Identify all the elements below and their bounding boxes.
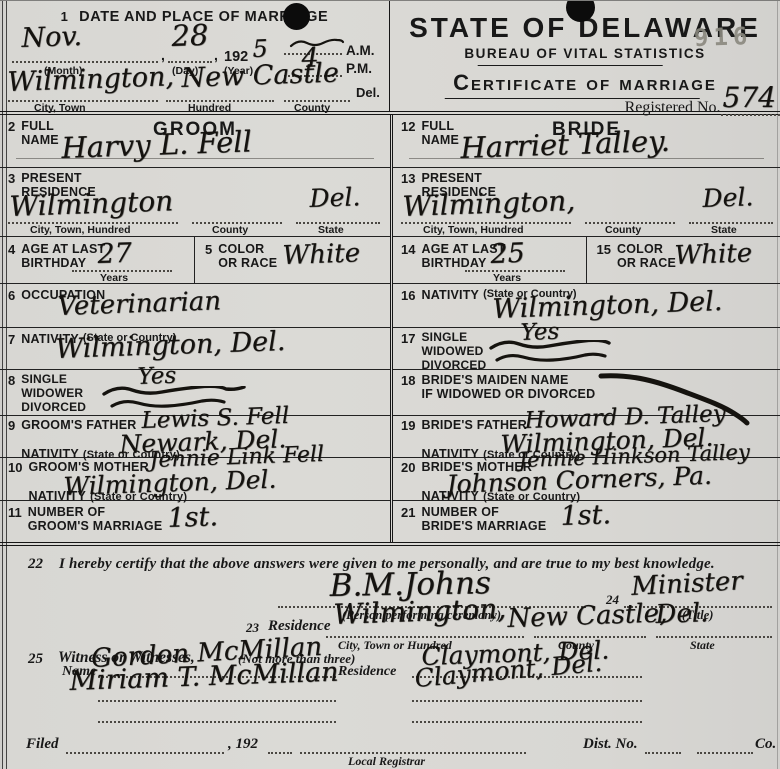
filed-year-line <box>268 752 292 754</box>
filed-label: Filed <box>26 736 59 753</box>
groom-marriage-number-value: 1st. <box>167 501 219 534</box>
residence-sublabel-state: State <box>711 224 737 236</box>
field-number: 23 <box>246 620 259 636</box>
field-number: 8 <box>8 373 15 388</box>
hole-punch <box>283 3 310 30</box>
field-number: 18 <box>401 373 415 388</box>
groom-occupation-row: 6 OCCUPATION Veterinarian <box>0 284 390 328</box>
district-number-label: Dist. No. <box>583 736 638 753</box>
witnesses-section: 25 Witness or Witnesses, (Not more than … <box>0 648 780 728</box>
bride-residence-value: Wilmington, <box>402 184 576 223</box>
place-city-value: Wilmington, <box>7 61 175 98</box>
field-number: 13 <box>401 171 415 186</box>
field-label: BRIDE'S MAIDEN NAME IF WIDOWED OR DIVORC… <box>421 373 595 402</box>
registered-label: Registered No. <box>625 87 721 117</box>
marital-scribble <box>98 386 258 414</box>
residence-sublabel-state: State <box>318 224 344 236</box>
field-number: 10 <box>8 460 22 475</box>
place-hundred-value: New Castle <box>181 58 339 94</box>
field-number: 3 <box>8 171 15 186</box>
bride-age-cell: 14 AGE AT LAST BIRTHDAY 25 Years <box>393 237 587 283</box>
bride-marital-status-row: 17 SINGLE WIDOWED DIVORCED Yes <box>393 328 780 370</box>
marriage-certificate-scan: 1 DATE AND PLACE OF MARRIAGE Nov. (Month… <box>0 0 780 769</box>
groom-full-name-value: Harvy L. Fell <box>61 124 252 165</box>
bride-race-value: White <box>673 238 752 271</box>
field-number: 4 <box>8 242 15 257</box>
field-number: 15 <box>597 242 611 257</box>
groom-marital-label: 8 SINGLE WIDOWER DIVORCED <box>8 373 86 414</box>
officiant-residence-city: Wilmington, <box>333 592 507 631</box>
bride-marriage-number-value: 1st. <box>560 499 612 532</box>
registered-value: 574 <box>723 81 776 114</box>
bride-marriage-number-row: 21 NUMBER OF BRIDE'S MARRIAGE 1st. <box>393 501 780 542</box>
field-label: NUMBER OF GROOM'S MARRIAGE <box>28 505 163 534</box>
groom-age-value: 27 <box>97 238 132 270</box>
officiant-title-value: Minister <box>630 566 743 602</box>
residence-sublabel-city: City, Town, Hundred <box>423 224 524 236</box>
local-registrar-label: Local Registrar <box>348 754 425 769</box>
groom-mother-row: 10 GROOM'S MOTHER NATIVITY(State or Coun… <box>0 458 390 501</box>
groom-residence-row: 3 PRESENT RESIDENCE Wilmington Del. City… <box>0 168 390 237</box>
bride-marriage-number-label: 21 NUMBER OF BRIDE'S MARRIAGE <box>401 505 546 534</box>
field-number: 7 <box>8 332 15 347</box>
bride-maiden-name-label: 18 BRIDE'S MAIDEN NAME IF WIDOWED OR DIV… <box>401 373 595 402</box>
bride-nativity-row: 16 NATIVITY (State or Country) Wilmingto… <box>393 284 780 328</box>
groom-marriage-number-row: 11 NUMBER OF GROOM'S MARRIAGE 1st. <box>0 501 390 542</box>
groom-nativity-value: Wilmington, Del. <box>55 326 286 365</box>
district-number-line <box>645 752 681 754</box>
place-hundred-label: Hundred <box>188 102 231 114</box>
groom-nativity-row: 7 NATIVITY (State or Country) Wilmington… <box>0 328 390 370</box>
groom-marital-status-row: 8 SINGLE WIDOWER DIVORCED Yes <box>0 370 390 416</box>
marital-scribble <box>485 340 635 368</box>
bride-age-race-row: 14 AGE AT LAST BIRTHDAY 25 Years 15 COLO… <box>393 237 780 284</box>
field-number: 21 <box>401 505 415 520</box>
bride-race-label: 15 COLOR OR RACE <box>597 242 677 271</box>
stamped-number: 916 <box>693 22 752 52</box>
field-number: 22 <box>28 556 43 573</box>
witness-residence-line <box>412 700 642 702</box>
witness-residence-line <box>412 721 642 723</box>
day-value: 28 <box>171 18 209 53</box>
field-label: AGE AT LAST BIRTHDAY <box>21 242 105 271</box>
field-number: 19 <box>401 418 415 433</box>
bride-full-name-row: 12 FULL NAME BRIDE Harriet Talley. <box>393 115 780 168</box>
groom-race-label: 5 COLOR OR RACE <box>205 242 277 271</box>
filed-year-printed: , 192 <box>228 736 258 753</box>
groom-mother-place-value: Wilmington, Del. <box>63 465 277 501</box>
am-label: A.M. <box>346 43 375 58</box>
witness-residence-label: Residence <box>338 664 396 680</box>
filed-footer: Filed , 192 Local Registrar Dist. No. Co… <box>0 728 780 769</box>
field-label: NATIVITY <box>421 288 479 302</box>
field-number: 6 <box>8 288 15 303</box>
field-label: SINGLE WIDOWED DIVORCED <box>421 331 486 372</box>
county-label: Co. <box>755 736 776 753</box>
month-value: Nov. <box>21 21 83 54</box>
field-label: SINGLE WIDOWER DIVORCED <box>21 373 86 414</box>
bride-column: 12 FULL NAME BRIDE Harriet Talley. 13 PR… <box>390 115 780 542</box>
field-label: NUMBER OF BRIDE'S MARRIAGE <box>421 505 546 534</box>
witness-name-line <box>98 700 336 702</box>
place-state-printed: Del. <box>356 85 380 100</box>
bride-residence-state-value: Del. <box>702 182 754 213</box>
witness-name-line <box>98 721 336 723</box>
bride-age-value: 25 <box>490 238 525 270</box>
groom-race-cell: 5 COLOR OR RACE White <box>195 237 390 283</box>
groom-age-cell: 4 AGE AT LAST BIRTHDAY 27 Years <box>0 237 195 283</box>
field-number: 20 <box>401 460 415 475</box>
header: 1 DATE AND PLACE OF MARRIAGE Nov. (Month… <box>0 1 780 111</box>
bride-marital-label: 17 SINGLE WIDOWED DIVORCED <box>401 331 486 372</box>
groom-full-name-row: 2 FULL NAME GROOM Harvy L. Fell <box>0 115 390 168</box>
bride-race-cell: 15 COLOR OR RACE White <box>587 237 780 283</box>
year-value: 5 <box>252 34 268 63</box>
groom-age-race-row: 4 AGE AT LAST BIRTHDAY 27 Years 5 COLOR … <box>0 237 390 284</box>
field-number: 9 <box>8 418 15 433</box>
am-crossout-scribble <box>288 37 346 51</box>
field-number: 16 <box>401 288 415 303</box>
field-number: 25 <box>28 651 43 668</box>
field-number: 11 <box>8 505 22 520</box>
field-label: COLOR OR RACE <box>617 242 676 271</box>
groom-residence-value: Wilmington <box>9 184 174 223</box>
officiant-residence-county: New Castle, <box>507 598 668 634</box>
groom-occupation-value: Veterinarian <box>57 286 222 322</box>
residence-sublabel-county: County <box>605 224 641 236</box>
place-county-label: County <box>294 102 330 114</box>
field-number: 14 <box>401 242 415 257</box>
masthead-rule <box>478 65 663 66</box>
groom-race-value: White <box>282 238 361 271</box>
field-date-place-of-marriage: 1 DATE AND PLACE OF MARRIAGE Nov. (Month… <box>0 1 390 111</box>
bride-residence-row: 13 PRESENT RESIDENCE Wilmington, Del. Ci… <box>393 168 780 237</box>
officiant-residence-state: Del. <box>655 598 709 630</box>
groom-residence-state-value: Del. <box>309 182 361 213</box>
comma: , <box>214 47 218 63</box>
field-number: 17 <box>401 331 415 346</box>
age-sublabel-years: Years <box>100 272 128 284</box>
age-sublabel-years: Years <box>493 272 521 284</box>
groom-age-label: 4 AGE AT LAST BIRTHDAY <box>8 242 105 271</box>
field-label: COLOR OR RACE <box>218 242 277 271</box>
residence-sublabel-city: City, Town, Hundred <box>30 224 131 236</box>
residence-sublabel-county: County <box>212 224 248 236</box>
maiden-name-crossout-scribble <box>593 370 753 428</box>
county-line <box>697 752 753 754</box>
groom-bride-table: 2 FULL NAME GROOM Harvy L. Fell 3 PRESEN… <box>0 115 780 542</box>
filed-date-line <box>66 752 224 754</box>
certification-section: 22 I hereby certify that the above answe… <box>0 546 780 648</box>
groom-column: 2 FULL NAME GROOM Harvy L. Fell 3 PRESEN… <box>0 115 390 542</box>
field-number: 5 <box>205 242 212 257</box>
pm-label: P.M. <box>346 61 372 76</box>
place-city-label: City, Town <box>34 102 86 114</box>
groom-marriage-number-label: 11 NUMBER OF GROOM'S MARRIAGE <box>8 505 162 534</box>
bride-mother-row: 20 BRIDE'S MOTHER NATIVITY(State or Coun… <box>393 458 780 501</box>
